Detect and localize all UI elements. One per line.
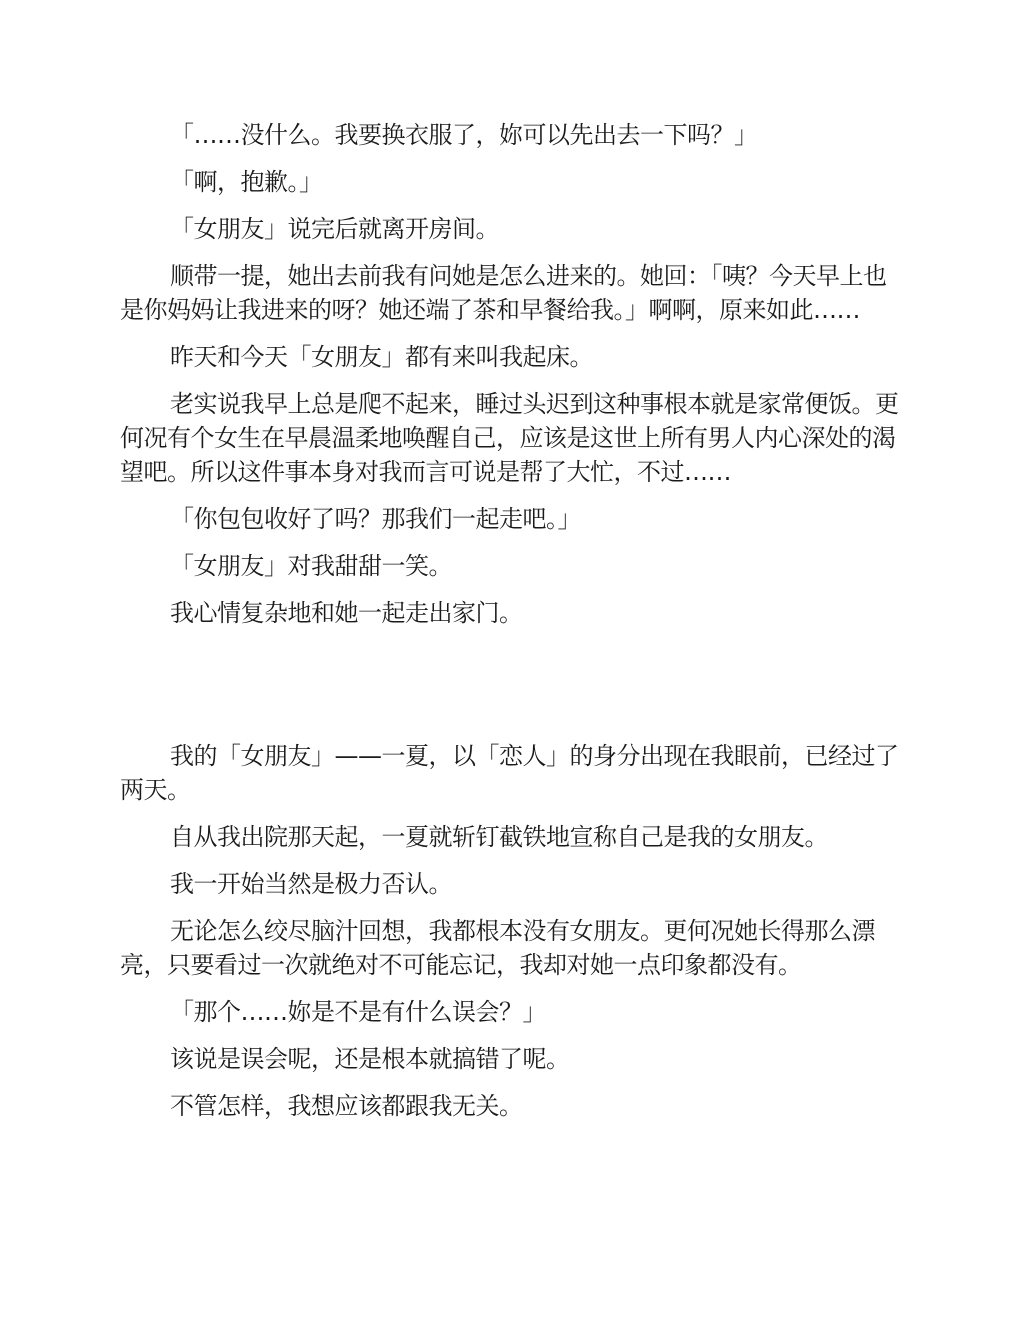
paragraph: 老实说我早上总是爬不起来，睡过头迟到这种事根本就是家常便饭。更何况有个女生在早晨… (120, 387, 900, 489)
paragraph: 无论怎么绞尽脑汁回想，我都根本没有女朋友。更何况她长得那么漂亮，只要看过一次就绝… (120, 914, 900, 982)
paragraph: 「你包包收好了吗？那我们一起走吧。」 (120, 502, 900, 536)
paragraph: 昨天和今天「女朋友」都有来叫我起床。 (120, 340, 900, 374)
section-1: 「……没什么。我要换衣服了，妳可以先出去一下吗？」 「啊，抱歉。」 「女朋友」说… (120, 118, 900, 630)
paragraph: 「……没什么。我要换衣服了，妳可以先出去一下吗？」 (120, 118, 900, 152)
paragraph: 我一开始当然是极力否认。 (120, 867, 900, 901)
paragraph: 我心情复杂地和她一起走出家门。 (120, 596, 900, 630)
section-2: 我的「女朋友」——一夏，以「恋人」的身分出现在我眼前，已经过了两天。 自从我出院… (120, 739, 900, 1123)
paragraph: 「女朋友」说完后就离开房间。 (120, 212, 900, 246)
paragraph: 「啊，抱歉。」 (120, 165, 900, 199)
paragraph: 该说是误会呢，还是根本就搞错了呢。 (120, 1042, 900, 1076)
paragraph: 顺带一提，她出去前我有问她是怎么进来的。她回：「咦？今天早上也是你妈妈让我进来的… (120, 259, 900, 327)
paragraph: 「女朋友」对我甜甜一笑。 (120, 549, 900, 583)
paragraph: 自从我出院那天起，一夏就斩钉截铁地宣称自己是我的女朋友。 (120, 820, 900, 854)
section-break (120, 643, 900, 739)
paragraph: 「那个……妳是不是有什么误会？」 (120, 995, 900, 1029)
paragraph: 不管怎样，我想应该都跟我无关。 (120, 1089, 900, 1123)
document-page: 「……没什么。我要换衣服了，妳可以先出去一下吗？」 「啊，抱歉。」 「女朋友」说… (120, 118, 900, 1136)
paragraph: 我的「女朋友」——一夏，以「恋人」的身分出现在我眼前，已经过了两天。 (120, 739, 900, 807)
